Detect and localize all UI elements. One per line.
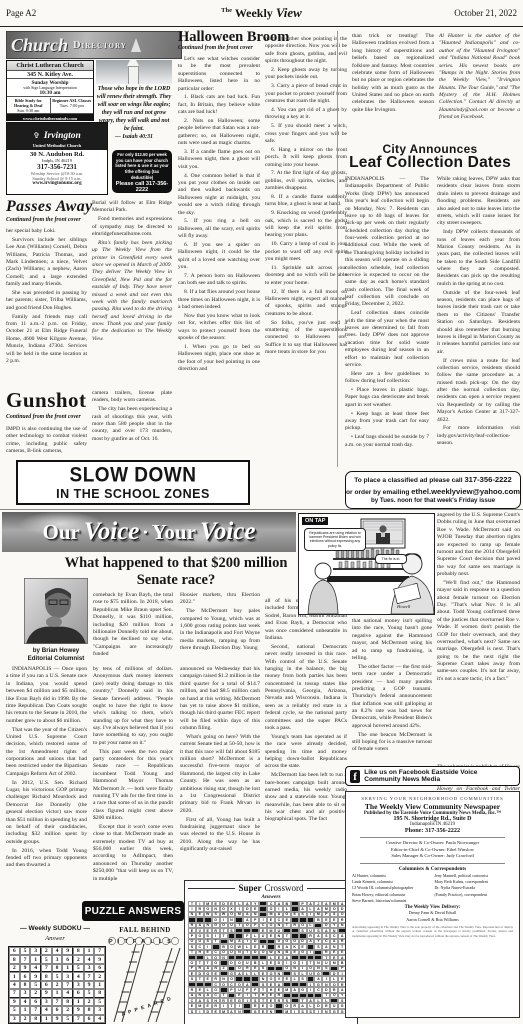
classified-phone: 317-356-2222 [464,475,511,484]
passes-away-column-2: Burial will follow at Elm Ridge Memorial… [92,200,172,396]
banner-word-voice1: Voice [84,518,140,546]
column-rule [337,31,338,467]
passes-away-column-1: her special baby Loki.Survivors include … [6,228,87,396]
facebook-banner[interactable]: f Like us on Facebook Eastside Voice Com… [345,766,520,786]
classified-line1: To place a classified ad please call [354,477,462,484]
leaf-column-1: INDIANAPOLIS — The Indianapolis Departme… [345,176,429,466]
irvington-name: Irvington [44,131,81,141]
bible-study-label: Bible Study for Hearing & Deaf [14,98,43,108]
gunshot-column-2: camera trailers, license plate readers, … [92,390,172,456]
super-crossword-box: Super Crossword Answers TIMEDELAYCABPAJA… [184,880,358,1024]
sudoku-answer-grid: 6532498178715362492947815361698534724856… [8,946,106,1024]
our-voice-banner: Our Voice • Your Voice [2,512,296,552]
classified-line2: or order by emailing [346,489,409,496]
section-rule [0,509,523,510]
irvington-phone: 317-356-7231 [7,163,107,171]
bible-study-time: Sun. 9:30 am [17,108,39,113]
newspaper-page: Page A2 The Weekly View October 21, 2022… [0,0,523,1024]
gunshot-column-1: IMPD is also continuing the use of other… [6,426,87,456]
christ-lutheran-website-link[interactable]: www.christlutheranindy.com [7,114,93,121]
crossword-answer-grid: TIMEDELAYCABPAJAMASIRONOXIDEOILALAMODENE… [188,901,354,1014]
church-directory-banner: Church Directory [6,31,182,59]
halloween-column-3: than trick or treating! The Halloween tr… [352,33,434,139]
banner-word-voice2: Voice [200,518,256,546]
leaf-column-2: While raking leaves, DPW asks that resid… [437,176,520,466]
slow-down-line1: SLOW DOWN [70,463,197,487]
cartoonist-signature: Howell [397,604,410,609]
irvington-website-link[interactable]: www.irvingtonumc.org [7,181,107,186]
passes-away-family-note: Rita's family has been picking up The We… [92,240,172,343]
banner-separator: • [143,525,147,540]
crossword-title-bold: Super [238,883,261,893]
halloween-broom-continued: Continued from the front cover [178,45,253,51]
byline-name: by Brian Howey [10,647,102,655]
church-ad-text: For only $12.50 per week you can have yo… [115,152,169,180]
cartoon-title-label: ON TAP [302,517,328,525]
irvington-denomination: United Methodist Church [7,143,107,148]
senate-block-b: Hoosier markets, thru Election 2022."The… [180,592,260,662]
senate-column-2: by tens of millions of dollars. Anonymou… [93,666,173,897]
puzzle-answers-banner: PUZZLE ANSWERS [82,901,184,921]
columnists-right-list: Jeny Mannell, political cartoonistMary B… [435,873,514,904]
fall-behind-answer-art: PITFALLS APPEARED [104,936,184,1022]
christ-lutheran-address: 345 N. Kitley Ave. [7,71,93,79]
byline-title: Editorial Columnist [10,655,102,663]
cartoon-speech-bubble-2: The fix is in. [375,554,407,564]
passes-away-headline: Passes Away [6,198,93,216]
masthead-divider-2 [360,863,505,864]
masthead-paper-name: The Weekly View Community Newspaper [352,802,513,811]
banner-word-our: Our [43,520,80,545]
banner-word-your: Your [152,520,196,545]
senate-column-6: angered by the U.S. Supreme Court's Dobb… [437,512,520,762]
title-rule-left [188,888,235,889]
crossword-subtitle: Answers [188,894,354,900]
christ-lutheran-card: Christ Lutheran Church 345 N. Kitley Ave… [6,60,94,121]
senate-column-4: all of his opponents that have included … [265,598,347,878]
steeple-tower-icon [128,66,139,84]
worship-time: 10:30 am [7,90,93,96]
fall-behind-word-1: PITFALLS [109,939,176,945]
masthead-phone: Phone: 317-356-2222 [352,827,513,834]
verse-reference: — Isaiah 40:31 [115,134,153,140]
masthead-divider [360,837,505,838]
byline-block: by Brian Howey Editorial Columnist [10,647,102,663]
columnists-left-list: Al Hunter, columnistLinda Kennett, colum… [352,873,431,904]
masthead-tagline: SERVING YOUR NEIGHBORHOOD COMMUNITIES [352,796,513,801]
crossword-title-rest: Crossword [265,883,304,893]
slow-down-line2: IN THE SCHOOL ZONES [56,487,210,501]
page-number-label: Page A2 [6,8,126,18]
church-directory-title-caps: Directory [73,40,127,51]
sudoku-subtitle: Answer [4,935,106,942]
steeple-photo [96,60,172,84]
header-rule [0,26,523,27]
columnists-header: Columnists & Correspondents [352,866,513,872]
facebook-text: Like us on Facebook [364,769,429,776]
halloween-author-bio: Al Hunter is the author of the "Haunted … [439,33,520,139]
senate-column-1: INDIANAPOLIS — Once upon a time if you r… [6,666,87,902]
irvington-umc-card: ✞ Irvington United Methodist Church 30 N… [6,122,108,195]
issue-date: October 21, 2022 [403,8,517,18]
halloween-column-1: Let's see what witches consider to be th… [178,56,260,446]
senate-block-a: comeback by Evan Bayh, the total rose to… [93,592,173,662]
fall-behind-title: FALL BEHIND [106,926,184,934]
leaf-collection-headline-2: Leaf Collection Dates [340,154,520,172]
passes-away-col2-paras: Burial will follow at Elm Ridge Memorial… [92,200,172,238]
sudoku-title: — Weekly SUDOKU — [4,925,106,932]
masthead-weekly: Weekly [235,6,273,20]
masthead-title: The Weekly View [160,5,363,21]
church-directory-title-script: Church [11,35,68,56]
slow-down-psa: SLOW DOWN IN THE SCHOOL ZONES [16,460,250,505]
passes-away-continued: Continued from the front cover [6,217,81,223]
senate-column-3: announced on Wednesday that his campaign… [180,666,260,878]
facebook-icon: f [350,770,360,783]
asl-class-time: Tues. 7:00 pm [60,103,84,108]
masthead-view: View [276,5,302,20]
christ-lutheran-name: Christ Lutheran Church [7,61,93,71]
gunshot-continued: Continued from the front cover [6,414,81,420]
editorial-cartoon: ON TAP Republicans are using inflation t… [298,513,435,615]
cross-flame-icon: ✞ [33,131,40,140]
halloween-bio-text: Al Hunter is the author of the "Haunted … [439,33,520,122]
brian-howey-photo [24,578,88,644]
church-ad-phone: Please call 317-356-2222 [115,181,169,193]
masthead-staff-list: Creative Director & Co-Owner: Paula Nice… [352,840,513,861]
halloween-column-2: place the other shoe pointing in the opp… [265,36,347,446]
cartoon-speech-bubble-1: Republicans are using inflation to hamme… [304,528,366,551]
gunshot-headline: Gunshot [6,388,87,413]
masthead-fine-print: Advertising appearing in The Weekly View… [352,925,513,938]
classified-line3: by Tues. noon for that week's Friday iss… [371,497,495,506]
church-listing-ad: For only $12.50 per week you can have yo… [112,150,172,193]
classified-email-link[interactable]: ethel.weeklyview@yahoo.com [411,487,520,496]
steeple-icon [131,38,141,52]
masthead-the: The [221,7,232,14]
classified-ad-box: To place a classified ad please call 317… [345,471,521,509]
publication-masthead-box: SERVING YOUR NEIGHBORHOOD COMMUNITIES Th… [345,791,520,1018]
delivery-list: Denny Fann & David EdsallAaron Cornell &… [352,910,513,922]
irvington-address: 30 N. Audubon Rd. [7,151,107,158]
